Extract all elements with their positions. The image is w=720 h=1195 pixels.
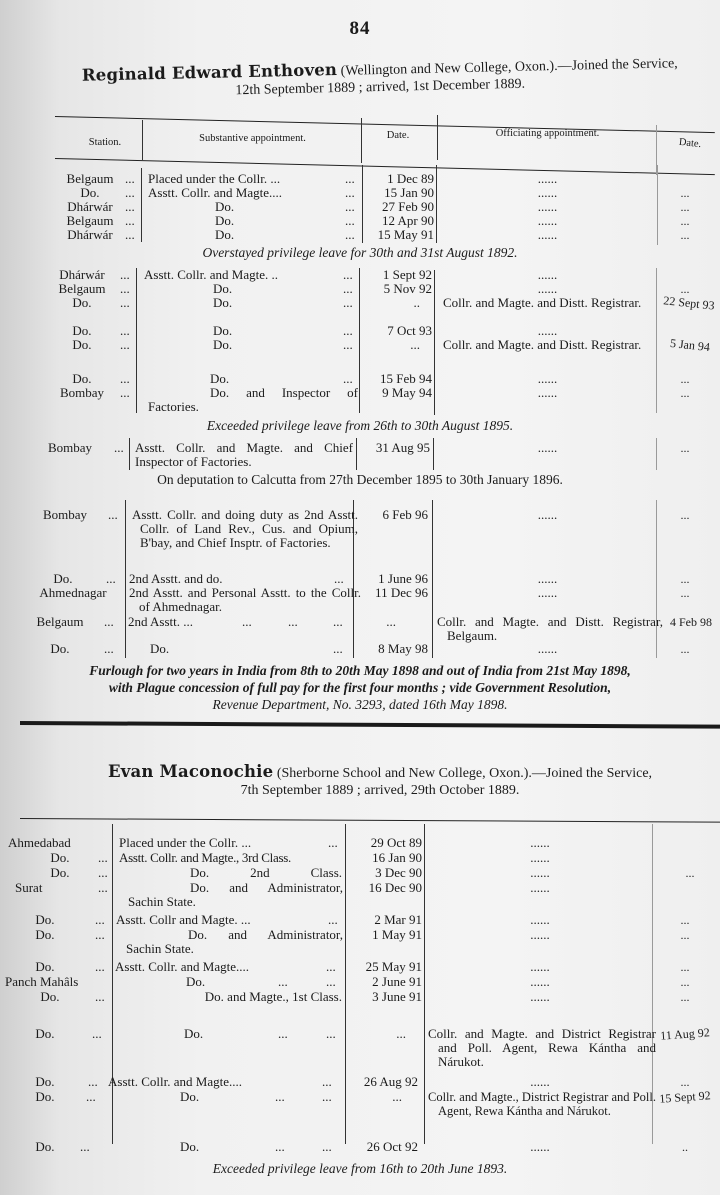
- station-cell: Do.: [15, 851, 105, 865]
- column-divider: [656, 268, 657, 413]
- station-cell: Do.: [0, 928, 90, 942]
- station-cell: Do.: [0, 1027, 90, 1041]
- leader-dots: ...: [288, 615, 298, 629]
- leader-dots: ...: [326, 960, 336, 974]
- leader-dots: ...: [343, 372, 353, 386]
- date-cell: 7 Oct 93: [360, 324, 432, 338]
- column-divider: [136, 268, 137, 413]
- officiating-cell: ......: [440, 508, 655, 522]
- leader-dots: ...: [278, 975, 288, 989]
- substantive-cell: Do.: [215, 214, 234, 228]
- date-cell: 1 May 91: [346, 928, 422, 942]
- officiating-date-cell: ...: [660, 572, 710, 586]
- officiating-cell: ......: [430, 1075, 650, 1089]
- substantive-cell: Do.: [180, 1140, 199, 1154]
- officer-education: (Sherborne School and New College, Oxon.…: [277, 766, 652, 781]
- officiating-date-cell: ...: [660, 441, 710, 455]
- station-cell: Do.: [45, 186, 135, 200]
- leader-dots: ...: [343, 268, 353, 282]
- station-cell: Dhárwár: [37, 268, 127, 282]
- officiating-cell: ......: [440, 186, 655, 200]
- station-cell: Do.: [0, 1075, 90, 1089]
- leader-dots: ...: [104, 642, 114, 656]
- officiating-cell: ......: [430, 866, 650, 880]
- station-cell: Do.: [37, 372, 127, 386]
- date-cell: 26 Aug 92: [342, 1075, 418, 1089]
- date-cell: 3 Dec 90: [346, 866, 422, 880]
- date-cell: 3 June 91: [346, 990, 422, 1004]
- officiating-date-cell: ...: [660, 372, 710, 386]
- officiating-date-cell: 5 Jan 94: [659, 335, 720, 355]
- leader-dots: ...: [114, 441, 124, 455]
- col-header-date: Date.: [362, 130, 434, 141]
- officiating-cell: ......: [430, 1140, 650, 1154]
- col-header-officiating-date: Date.: [665, 135, 716, 151]
- officiating-cell: ......: [440, 172, 655, 186]
- col-header-officiating: Officiating appointment.: [440, 128, 655, 139]
- column-divider: [142, 120, 143, 160]
- deputation-note: On deputation to Calcutta from 27th Dece…: [0, 471, 720, 488]
- officiating-date-cell: 15 Sept 92: [652, 1088, 719, 1107]
- station-cell: Belgaum: [45, 172, 135, 186]
- station-cell: Do.: [15, 642, 105, 656]
- substantive-cell: Do.: [213, 296, 232, 310]
- leader-dots: ...: [278, 1027, 288, 1041]
- officiating-cell: ......: [440, 441, 655, 455]
- station-cell: Belgaum: [15, 615, 105, 629]
- substantive-cell: Do.: [213, 338, 232, 352]
- station-cell: Ahmedabad: [8, 836, 108, 850]
- leader-dots: ...: [275, 1090, 285, 1104]
- officiating-date-cell: 4 Feb 98: [662, 615, 720, 629]
- station-cell: Bombay: [37, 386, 127, 400]
- column-divider: [436, 165, 437, 243]
- date-cell: 6 Feb 96: [356, 508, 428, 522]
- officiating-cell: Collr. and Magte. and Distt. Registrar.: [443, 296, 659, 310]
- officiating-cell: ......: [440, 642, 655, 656]
- officiating-date-cell: ...: [660, 913, 710, 927]
- date-cell: 9 May 94: [360, 386, 432, 400]
- date-cell: ...: [342, 1090, 402, 1104]
- date-cell: 8 May 98: [356, 642, 428, 656]
- leader-dots: ...: [120, 324, 130, 338]
- date-cell: 2 Mar 91: [346, 913, 422, 927]
- leader-dots: ...: [120, 386, 130, 400]
- substantive-cell: Asstt. Collr. and Magte....: [108, 1075, 242, 1089]
- station-cell: Panch Mahâls: [5, 975, 113, 989]
- leader-dots: ...: [334, 572, 344, 586]
- officer-service-dates: 7th September 1889 ; arrived, 29th Octob…: [60, 782, 700, 799]
- station-cell: Surat: [15, 881, 60, 895]
- date-cell: ..: [360, 296, 420, 310]
- officiating-date-cell: ...: [660, 586, 710, 600]
- column-divider: [437, 115, 438, 160]
- station-cell: Bombay: [25, 441, 115, 455]
- officiating-cell: ......: [440, 372, 655, 386]
- station-cell: Do.: [0, 1140, 90, 1154]
- substantive-cell: Do.: [186, 975, 205, 989]
- officiating-date-cell: ...: [660, 214, 710, 228]
- officiating-cell: ......: [440, 214, 655, 228]
- leader-dots: ...: [120, 296, 130, 310]
- station-cell: Do.: [0, 1090, 90, 1104]
- officiating-cell: ......: [440, 282, 655, 296]
- leader-dots: ...: [95, 960, 105, 974]
- substantive-cell: Do.: [150, 642, 169, 656]
- substantive-cell: Do.: [184, 1027, 203, 1041]
- leader-dots: ...: [345, 214, 355, 228]
- column-divider: [141, 168, 142, 242]
- officiating-cell: ......: [430, 975, 650, 989]
- leader-dots: ...: [120, 372, 130, 386]
- officiating-cell: ......: [430, 851, 650, 865]
- leader-dots: ...: [322, 1140, 332, 1154]
- station-cell: Do.: [0, 913, 90, 927]
- leader-dots: ...: [106, 572, 116, 586]
- leader-dots: ...: [343, 282, 353, 296]
- officiating-date-cell: ...: [660, 386, 710, 400]
- substantive-cell: Do.: [180, 1090, 199, 1104]
- substantive-cell: Do. 2nd Class.: [190, 866, 342, 880]
- furlough-note-line: with Plague concession of full pay for t…: [0, 679, 720, 696]
- leader-dots: ...: [80, 1140, 90, 1154]
- leader-dots: ...: [326, 1027, 336, 1041]
- officiating-date-cell: ..: [660, 1140, 710, 1154]
- officiating-cell: Collr. and Magte. and Distt. Registrar.: [443, 338, 655, 352]
- date-cell: 15 May 91: [364, 228, 434, 242]
- officiating-cell: ......: [430, 836, 650, 850]
- leader-dots: ...: [242, 615, 252, 629]
- leader-dots: ...: [108, 508, 118, 522]
- col-header-substantive: Substantive appointment.: [145, 133, 360, 144]
- officiating-date-cell: 22 Sept 93: [657, 293, 720, 313]
- date-cell: 2 June 91: [346, 975, 422, 989]
- officiating-date-cell: ...: [660, 975, 710, 989]
- leader-dots: ...: [125, 214, 135, 228]
- column-divider: [125, 500, 126, 658]
- leader-dots: ...: [343, 296, 353, 310]
- officiating-date-cell: ...: [660, 508, 710, 522]
- officer-heading-enthoven: Reginald Edward Enthoven (Wellington and…: [70, 53, 691, 103]
- date-cell: 31 Aug 95: [358, 441, 430, 455]
- substantive-cell: 2nd Asstt. ...: [128, 615, 193, 629]
- officiating-cell: ......: [430, 960, 650, 974]
- date-cell: 16 Dec 90: [346, 881, 422, 895]
- leave-note: Overstayed privilege leave for 30th and …: [0, 244, 720, 261]
- station-cell: Do.: [0, 960, 90, 974]
- substantive-cell: Do. and Administrator, Sachin State.: [128, 881, 343, 909]
- leader-dots: ...: [104, 615, 114, 629]
- station-cell: Ahmednagar: [28, 586, 118, 600]
- officiating-cell: ......: [440, 228, 655, 242]
- station-cell: Do.: [37, 296, 127, 310]
- column-divider: [424, 824, 425, 1144]
- col-header-station: Station.: [65, 137, 145, 148]
- leader-dots: ...: [95, 913, 105, 927]
- substantive-cell: Asstt. Collr. and Magte....: [148, 186, 282, 200]
- date-cell: 12 Apr 90: [364, 214, 434, 228]
- furlough-note-line: Revenue Department, No. 3293, dated 16th…: [0, 696, 720, 713]
- substantive-cell: Do. and Administrator, Sachin State.: [126, 928, 343, 956]
- furlough-note: Furlough for two years in India from 8th…: [0, 662, 720, 713]
- date-cell: 15 Feb 94: [360, 372, 432, 386]
- officiating-cell: ......: [440, 586, 655, 600]
- leader-dots: ...: [125, 200, 135, 214]
- substantive-cell: Do.: [215, 228, 234, 242]
- date-cell: 16 Jan 90: [346, 851, 422, 865]
- date-cell: 1 June 96: [356, 572, 428, 586]
- substantive-cell: Do. and Magte., 1st Class.: [186, 990, 342, 1004]
- substantive-cell: Asstt. Collr. and doing duty as 2nd Asst…: [132, 508, 358, 550]
- officiating-date-cell: ...: [660, 642, 710, 656]
- substantive-cell: Asstt. Collr and Magte. ...: [116, 913, 251, 927]
- leader-dots: ...: [326, 975, 336, 989]
- officiating-cell: ......: [440, 324, 655, 338]
- leader-dots: ...: [98, 881, 108, 895]
- substantive-cell: Asstt. Collr. and Magte., 3rd Class.: [119, 851, 291, 865]
- substantive-cell: Do.: [213, 282, 232, 296]
- column-divider: [361, 118, 362, 163]
- officiating-date-cell: ...: [660, 228, 710, 242]
- station-cell: Do.: [18, 572, 108, 586]
- column-divider: [657, 165, 658, 245]
- leader-dots: ...: [345, 172, 355, 186]
- substantive-cell: Do.: [213, 324, 232, 338]
- leader-dots: ...: [345, 186, 355, 200]
- date-cell: ...: [360, 338, 420, 352]
- officiating-cell: Collr. and Magte. and District Registrar…: [428, 1027, 656, 1069]
- substantive-cell: Do.: [210, 372, 229, 386]
- officiating-date-cell: ...: [660, 1075, 710, 1089]
- leader-dots: ...: [95, 990, 105, 1004]
- date-cell: ...: [346, 1027, 406, 1041]
- leader-dots: ...: [343, 338, 353, 352]
- station-cell: Belgaum: [37, 282, 127, 296]
- substantive-cell: Asstt. Collr. and Magte. and Chief Inspe…: [135, 441, 353, 469]
- station-cell: Do.: [5, 990, 95, 1004]
- date-cell: 25 May 91: [346, 960, 422, 974]
- leader-dots: ...: [345, 228, 355, 242]
- leader-dots: ...: [98, 866, 108, 880]
- officiating-date-cell: ...: [660, 186, 710, 200]
- leader-dots: ...: [275, 1140, 285, 1154]
- leader-dots: ...: [125, 228, 135, 242]
- date-cell: 11 Dec 96: [356, 586, 428, 600]
- officiating-date-cell: ...: [660, 990, 710, 1004]
- column-divider: [432, 500, 433, 658]
- officiating-date-cell: ...: [660, 200, 710, 214]
- station-cell: Dhárwár: [45, 200, 135, 214]
- leader-dots: ...: [98, 851, 108, 865]
- substantive-cell: Asstt. Collr. and Magte. ..: [144, 268, 278, 282]
- officiating-cell: ......: [430, 928, 650, 942]
- leader-dots: ...: [120, 282, 130, 296]
- officiating-date-cell: ...: [660, 960, 710, 974]
- leader-dots: ...: [322, 1090, 332, 1104]
- column-divider: [434, 270, 435, 415]
- leader-dots: ...: [328, 913, 338, 927]
- date-cell: 5 Nov 92: [360, 282, 432, 296]
- substantive-cell: 2nd Asstt. and do.: [129, 572, 223, 586]
- substantive-cell: Do.: [215, 200, 234, 214]
- substantive-cell: 2nd Asstt. and Personal Asstt. to the Co…: [129, 586, 361, 614]
- leader-dots: ...: [120, 268, 130, 282]
- column-divider: [656, 438, 657, 470]
- date-cell: 26 Oct 92: [342, 1140, 418, 1154]
- officiating-cell: Collr. and Magte., District Registrar an…: [428, 1090, 656, 1118]
- leave-note: Exceeded privilege leave from 16th to 20…: [0, 1160, 720, 1177]
- officiating-cell: ......: [430, 881, 650, 895]
- officiating-cell: ......: [440, 268, 655, 282]
- leader-dots: ...: [345, 200, 355, 214]
- station-cell: Do.: [37, 338, 127, 352]
- date-cell: ...: [356, 615, 396, 629]
- furlough-note-line: Furlough for two years in India from 8th…: [0, 662, 720, 679]
- section-divider: [20, 721, 720, 729]
- column-divider: [362, 165, 363, 243]
- leader-dots: ...: [333, 615, 343, 629]
- column-divider: [433, 438, 434, 470]
- leader-dots: ...: [125, 172, 135, 186]
- officiating-cell: ......: [440, 386, 655, 400]
- table-top-rule: [20, 818, 720, 823]
- substantive-cell: Placed under the Collr. ...: [148, 172, 280, 186]
- date-cell: 29 Oct 89: [346, 836, 422, 850]
- officiating-cell: ......: [440, 200, 655, 214]
- leader-dots: ...: [125, 186, 135, 200]
- leader-dots: ...: [328, 836, 338, 850]
- station-cell: Bombay: [20, 508, 110, 522]
- date-cell: 15 Jan 90: [364, 186, 434, 200]
- date-cell: 27 Feb 90: [364, 200, 434, 214]
- officiating-cell: ......: [430, 990, 650, 1004]
- station-cell: Do.: [15, 866, 105, 880]
- station-cell: Belgaum: [45, 214, 135, 228]
- leader-dots: ...: [343, 324, 353, 338]
- leader-dots: ...: [92, 1027, 102, 1041]
- leader-dots: ...: [88, 1075, 98, 1089]
- leader-dots: ...: [86, 1090, 96, 1104]
- date-cell: 1 Dec 89: [364, 172, 434, 186]
- column-divider: [356, 438, 357, 470]
- leader-dots: ...: [322, 1075, 332, 1089]
- officiating-date-cell: 11 Aug 92: [652, 1025, 719, 1044]
- station-cell: Dhárwár: [45, 228, 135, 242]
- officiating-cell: Collr. and Magte. and Distt. Registrar, …: [437, 615, 663, 643]
- leader-dots: ...: [333, 642, 343, 656]
- leader-dots: ...: [120, 338, 130, 352]
- officer-name: Evan Maconochie: [108, 762, 273, 781]
- leader-dots: ...: [95, 928, 105, 942]
- substantive-cell: Do. and Inspector of Factories.: [148, 386, 358, 414]
- station-cell: Do.: [37, 324, 127, 338]
- substantive-cell: Placed under the Collr. ...: [119, 836, 251, 850]
- page-number: 84: [0, 18, 720, 40]
- officiating-cell: ......: [430, 913, 650, 927]
- leave-note: Exceeded privilege leave from 26th to 30…: [0, 417, 720, 434]
- column-divider: [129, 438, 130, 470]
- officiating-date-cell: ...: [660, 928, 710, 942]
- substantive-cell: Asstt. Collr. and Magte....: [115, 960, 249, 974]
- officiating-date-cell: ...: [665, 866, 715, 880]
- date-cell: 1 Sept 92: [360, 268, 432, 282]
- officiating-cell: ......: [440, 572, 655, 586]
- officer-heading-maconochie: Evan Maconochie (Sherborne School and Ne…: [60, 763, 700, 799]
